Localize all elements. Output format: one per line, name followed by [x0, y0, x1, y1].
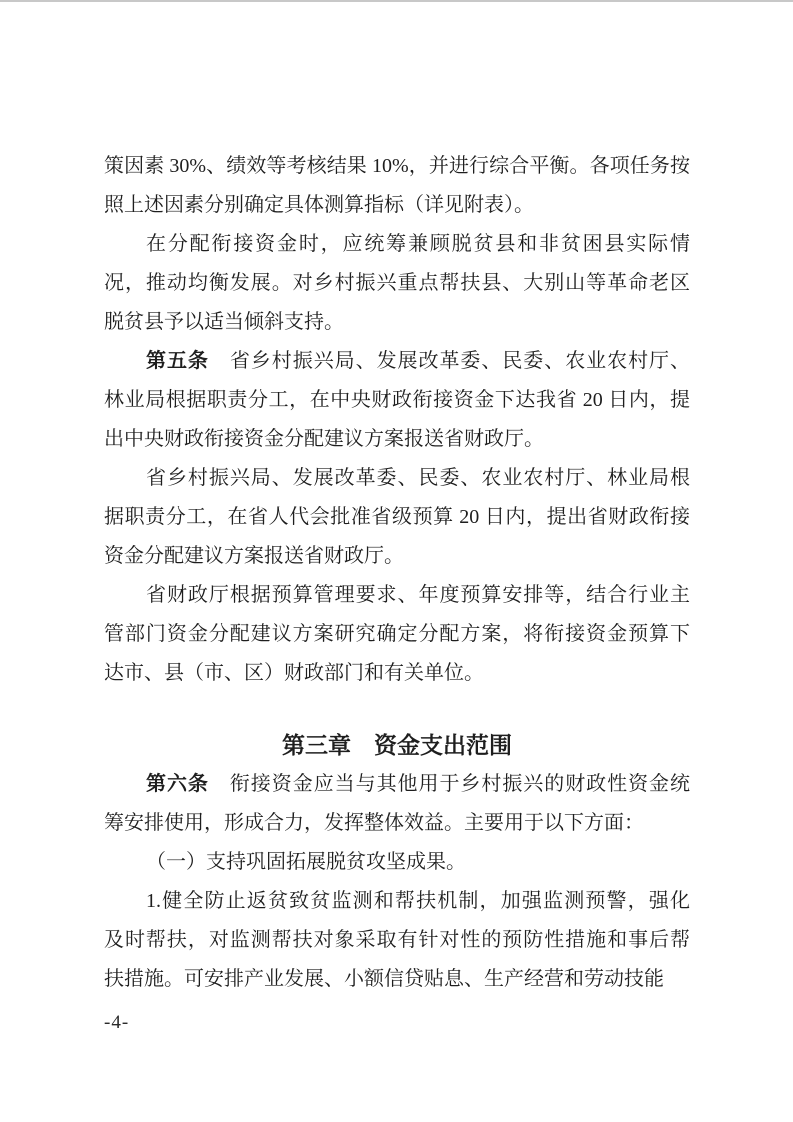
scan-edge-artifact	[0, 0, 793, 2]
text-line: 在分配衔接资金时，应统筹兼顾脱贫县和非贫困县实际情	[104, 225, 690, 264]
text-line: 及时帮扶，对监测帮扶对象采取有针对性的预防性措施和事后帮	[104, 921, 690, 960]
paragraph: 在分配衔接资金时，应统筹兼顾脱贫县和非贫困县实际情况，推动均衡发展。对乡村振兴重…	[104, 225, 690, 342]
text-line: 省乡村振兴局、发展改革委、民委、农业农村厅、林业局根	[104, 459, 690, 498]
document-page: 策因素 30%、绩效等考核结果 10%，并进行综合平衡。各项任务按照上述因素分别…	[0, 0, 793, 1122]
text-line: 第三章 资金支出范围	[104, 726, 690, 765]
chapter-heading: 第三章 资金支出范围	[104, 726, 690, 765]
text-line: 照上述因素分别确定具体测算指标（详见附表）。	[104, 186, 690, 225]
text-line: 况，推动均衡发展。对乡村振兴重点帮扶县、大别山等革命老区	[104, 264, 690, 303]
document-body: 策因素 30%、绩效等考核结果 10%，并进行综合平衡。各项任务按照上述因素分别…	[104, 147, 690, 999]
paragraph: 省乡村振兴局、发展改革委、民委、农业农村厅、林业局根据职责分工，在省人代会批准省…	[104, 459, 690, 576]
text-line: 林业局根据职责分工，在中央财政衔接资金下达我省 20 日内，提	[104, 381, 690, 420]
text-line: 第五条 省乡村振兴局、发展改革委、民委、农业农村厅、	[104, 342, 690, 381]
text-line: 管部门资金分配建议方案研究确定分配方案，将衔接资金预算下	[104, 615, 690, 654]
text-line: 省财政厅根据预算管理要求、年度预算安排等，结合行业主	[104, 576, 690, 615]
text-line: 1.健全防止返贫致贫监测和帮扶机制，加强监测预警，强化	[104, 882, 690, 921]
paragraph: （一）支持巩固拓展脱贫攻坚成果。	[104, 843, 690, 882]
text-line: 达市、县（市、区）财政部门和有关单位。	[104, 654, 690, 693]
text-line: 据职责分工，在省人代会批准省级预算 20 日内，提出省财政衔接	[104, 498, 690, 537]
text-line: 第六条 衔接资金应当与其他用于乡村振兴的财政性资金统	[104, 765, 690, 804]
text-line: 出中央财政衔接资金分配建议方案报送省财政厅。	[104, 420, 690, 459]
paragraph: 第五条 省乡村振兴局、发展改革委、民委、农业农村厅、林业局根据职责分工，在中央财…	[104, 342, 690, 459]
text-line: 脱贫县予以适当倾斜支持。	[104, 303, 690, 342]
paragraph: 策因素 30%、绩效等考核结果 10%，并进行综合平衡。各项任务按照上述因素分别…	[104, 147, 690, 225]
text-line: （一）支持巩固拓展脱贫攻坚成果。	[104, 843, 690, 882]
page-number: -4-	[104, 1011, 129, 1035]
paragraph: 省财政厅根据预算管理要求、年度预算安排等，结合行业主管部门资金分配建议方案研究确…	[104, 576, 690, 693]
article-number-label: 第六条	[146, 773, 209, 795]
article-number-label: 第五条	[146, 350, 209, 372]
text-line: 策因素 30%、绩效等考核结果 10%，并进行综合平衡。各项任务按	[104, 147, 690, 186]
paragraph: 第六条 衔接资金应当与其他用于乡村振兴的财政性资金统筹安排使用，形成合力，发挥整…	[104, 765, 690, 843]
paragraph: 1.健全防止返贫致贫监测和帮扶机制，加强监测预警，强化及时帮扶，对监测帮扶对象采…	[104, 882, 690, 999]
text-line: 扶措施。可安排产业发展、小额信贷贴息、生产经营和劳动技能	[104, 960, 690, 999]
text-line: 资金分配建议方案报送省财政厅。	[104, 537, 690, 576]
text-line: 筹安排使用，形成合力，发挥整体效益。主要用于以下方面：	[104, 804, 690, 843]
